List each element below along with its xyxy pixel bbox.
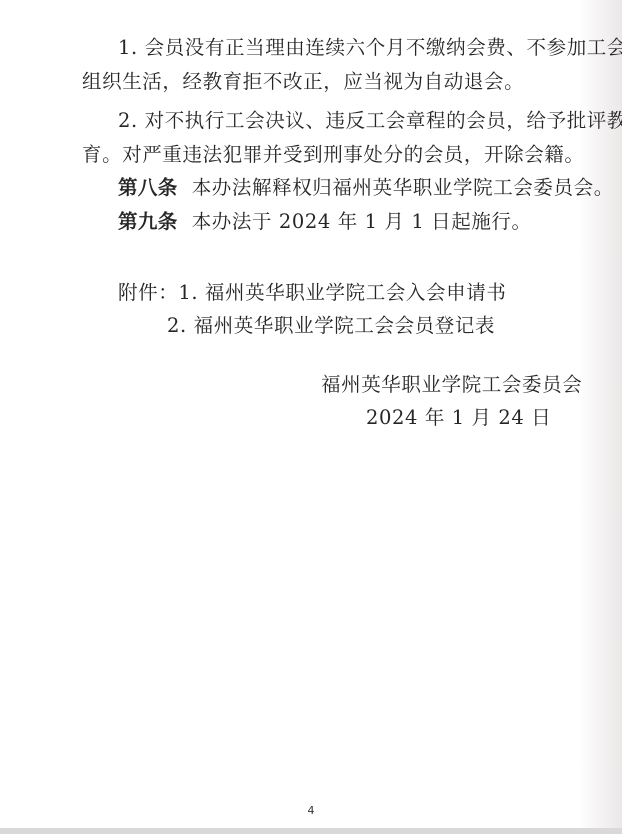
article-9-text: 本办法于 2024 年 1 月 1 日起施行。 — [192, 210, 532, 233]
document-page: 1. 会员没有正当理由连续六个月不缴纳会费、不参加工会 组织生活，经教育拒不改正… — [0, 0, 622, 828]
signature-date: 2024 年 1 月 24 日 — [366, 406, 551, 430]
attachments-line-1: 附件：1. 福州英华职业学院工会入会申请书 — [118, 281, 506, 305]
attachments-label: 附件： — [118, 281, 178, 304]
article-8-label: 第八条 — [118, 176, 178, 199]
paragraph-2-line-2: 育。对严重违法犯罪并受到刑事处分的会员，开除会籍。 — [82, 143, 585, 167]
paragraph-1-line-1: 1. 会员没有正当理由连续六个月不缴纳会费、不参加工会 — [118, 36, 622, 60]
page-number: 4 — [0, 805, 622, 817]
paragraph-1-line-2: 组织生活，经教育拒不改正，应当视为自动退会。 — [82, 70, 524, 94]
article-9-label: 第九条 — [118, 210, 178, 233]
attachment-item-1: 1. 福州英华职业学院工会入会申请书 — [178, 281, 506, 304]
article-9: 第九条本办法于 2024 年 1 月 1 日起施行。 — [118, 210, 532, 234]
signature-organization: 福州英华职业学院工会委员会 — [321, 373, 582, 397]
page-bottom-edge — [0, 828, 622, 834]
article-8: 第八条本办法解释权归福州英华职业学院工会委员会。 — [118, 176, 614, 200]
paragraph-2-line-1: 2. 对不执行工会决议、违反工会章程的会员，给予批评教 — [118, 109, 622, 133]
article-8-text: 本办法解释权归福州英华职业学院工会委员会。 — [192, 176, 614, 199]
attachment-item-2: 2. 福州英华职业学院工会会员登记表 — [167, 314, 495, 338]
